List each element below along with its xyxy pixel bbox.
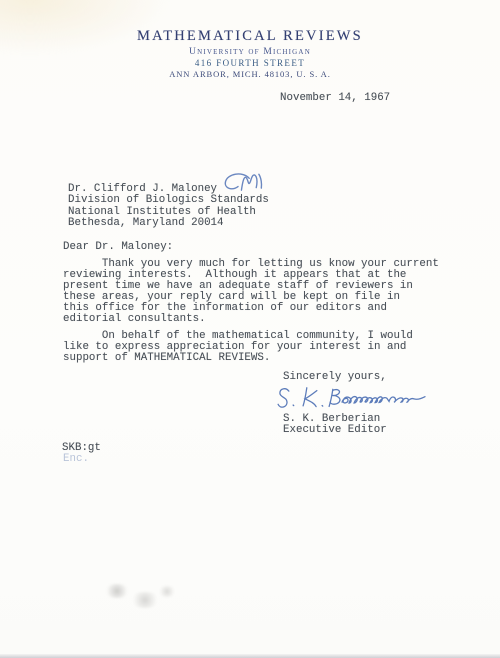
scan-edge	[0, 654, 500, 658]
letterhead-city: ANN ARBOR, MICH. 48103, U. S. A.	[0, 69, 500, 79]
letterhead-university: University of Michigan	[0, 47, 500, 57]
date-line: November 14, 1967	[280, 93, 390, 104]
body-paragraph-1: Thank you very much for letting us know …	[63, 259, 439, 326]
letter-page: MATHEMATICAL REVIEWS University of Michi…	[0, 0, 500, 658]
pencil-smudge	[130, 592, 160, 608]
handwritten-initials-icon	[210, 165, 275, 207]
letterhead-title: MATHEMATICAL REVIEWS	[0, 28, 500, 45]
pencil-smudge	[158, 586, 176, 597]
signer-title: Executive Editor	[283, 425, 387, 436]
handwritten-signature-icon	[276, 382, 429, 417]
salutation: Dear Dr. Maloney:	[63, 242, 173, 253]
valediction: Sincerely yours,	[283, 372, 387, 383]
letterhead-street: 416 FOURTH STREET	[0, 58, 500, 68]
body-paragraph-2: On behalf of the mathematical community,…	[63, 331, 413, 364]
letterhead: MATHEMATICAL REVIEWS University of Michi…	[0, 28, 500, 79]
pencil-smudge	[104, 584, 130, 598]
enclosure-notation: Enc.	[63, 454, 89, 465]
